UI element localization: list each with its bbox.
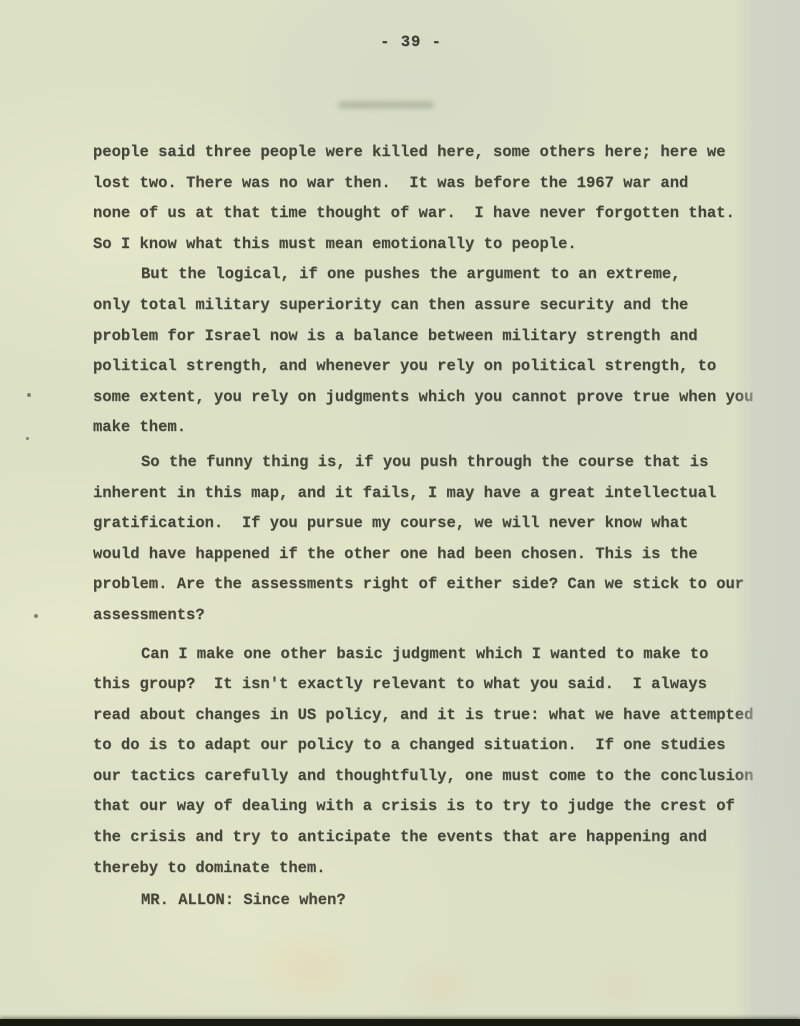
- scanned-document-page: - 39 - people said three people were kil…: [0, 0, 800, 1026]
- ink-speck: [27, 393, 31, 397]
- paper-stain: [400, 955, 480, 1015]
- ink-speck: [26, 437, 29, 440]
- paragraph-basic-judgment: Can I make one other basic judgment whic…: [93, 639, 783, 884]
- ink-speck: [34, 614, 38, 618]
- scan-edge-strip: [734, 0, 800, 1026]
- scan-bottom-bar: [0, 1019, 800, 1026]
- paragraph-funny-thing: So the funny thing is, if you push throu…: [93, 447, 783, 631]
- paper-stain: [585, 960, 655, 1015]
- ink-smudge: [338, 101, 434, 109]
- document-text-block: people said three people were killed her…: [93, 137, 783, 916]
- paragraph-logical-argument: But the logical, if one pushes the argum…: [93, 259, 783, 443]
- paper-stain: [250, 925, 370, 1010]
- paragraph-continuation: people said three people were killed her…: [93, 137, 783, 259]
- speaker-line-allon: MR. ALLON: Since when?: [93, 885, 783, 916]
- page-number: - 39 -: [0, 33, 800, 51]
